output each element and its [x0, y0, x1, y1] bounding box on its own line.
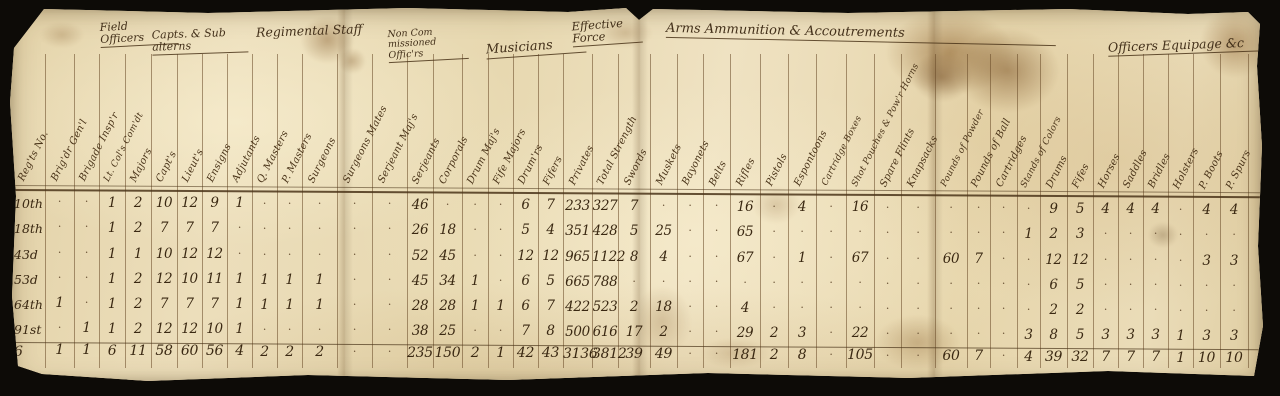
table-cell: · — [703, 325, 730, 339]
table-cell: · — [1118, 253, 1143, 267]
table-cell: 9 — [202, 196, 227, 210]
table-cell: 17 — [618, 325, 650, 339]
table-cell: 5 — [1067, 328, 1093, 342]
table-cell: · — [302, 248, 337, 262]
table-cell: · — [990, 327, 1017, 341]
totals-cell: 10 — [1220, 351, 1248, 365]
table-cell: · — [45, 321, 74, 335]
table-cell: 65 — [730, 225, 760, 239]
table-cell: 60 — [935, 252, 967, 266]
table-cell: 2 — [125, 196, 151, 210]
table-cell: · — [337, 197, 372, 211]
group-header: Capts. & Sub alterns — [152, 26, 249, 55]
table-cell: · — [703, 275, 730, 289]
totals-cell: 7 — [1093, 350, 1118, 364]
table-cell: · — [967, 201, 990, 215]
table-cell: 3 — [1220, 254, 1248, 268]
table-cell: · — [1093, 227, 1118, 241]
column-line — [302, 54, 303, 368]
table-cell: · — [337, 248, 372, 262]
totals-cell: 3812 — [592, 347, 618, 361]
table-cell: · — [337, 222, 372, 236]
table-cell: · — [874, 277, 901, 291]
table-cell: 7 — [513, 324, 538, 338]
totals-cell: 2 — [252, 345, 277, 359]
totals-cell: 43 — [538, 346, 563, 360]
table-cell: 45 — [433, 249, 462, 263]
table-cell: · — [252, 222, 277, 236]
table-cell: · — [935, 201, 967, 215]
table-cell: 3 — [1118, 328, 1143, 342]
table-cell: 1 — [1017, 227, 1040, 241]
table-cell: · — [935, 277, 967, 291]
totals-cell: 105 — [846, 348, 874, 362]
table-cell: 7 — [151, 221, 177, 235]
table-cell: · — [677, 275, 703, 289]
table-cell: 12 — [513, 249, 538, 263]
totals-cell: 49 — [650, 347, 677, 361]
table-cell: · — [1017, 202, 1040, 216]
table-cell: 5 — [1067, 278, 1093, 292]
table-cell: · — [1193, 279, 1220, 293]
table-cell: · — [488, 274, 513, 288]
table-cell: · — [816, 225, 846, 239]
totals-cell: · — [703, 347, 730, 361]
table-cell: · — [337, 298, 372, 312]
table-cell: · — [1118, 227, 1143, 241]
table-cell: 3 — [788, 326, 816, 340]
table-cell: · — [488, 249, 513, 263]
table-cell: 2 — [1067, 303, 1093, 317]
table-cell: 1 — [277, 298, 302, 312]
table-cell: 2 — [125, 272, 151, 286]
table-cell: 29 — [730, 326, 760, 340]
table-cell: · — [990, 201, 1017, 215]
table-cell: · — [677, 325, 703, 339]
table-cell: 10 — [202, 322, 227, 336]
table-cell: 5 — [513, 223, 538, 237]
table-cell: · — [874, 226, 901, 240]
table-cell: · — [990, 252, 1017, 266]
table-cell: 52 — [407, 249, 433, 263]
table-cell: · — [302, 222, 337, 236]
table-cell: 3 — [1193, 329, 1220, 343]
table-cell: · — [1118, 303, 1143, 317]
table-cell: · — [901, 302, 935, 316]
table-cell: 8 — [618, 250, 650, 264]
table-cell: 6 — [513, 299, 538, 313]
totals-cell: · — [816, 348, 846, 362]
totals-cell: 8 — [788, 348, 816, 362]
totals-cell: 1 — [488, 346, 513, 360]
table-cell: · — [1220, 228, 1248, 242]
table-cell: · — [816, 276, 846, 290]
table-cell: 2 — [125, 221, 151, 235]
row-label: 91st — [14, 322, 47, 337]
table-cell: 45 — [407, 274, 433, 288]
table-cell: 616 — [592, 325, 618, 339]
column-line — [177, 54, 178, 368]
table-cell: · — [788, 225, 816, 239]
table-cell: · — [650, 199, 677, 213]
table-cell: 4 — [1093, 202, 1118, 216]
table-cell: 1122 — [592, 250, 618, 264]
table-cell: · — [1017, 303, 1040, 317]
column-header: Ensigns — [205, 142, 234, 184]
table-cell: 8 — [1040, 328, 1067, 342]
table-cell: 1 — [488, 299, 513, 313]
table-cell: 788 — [592, 275, 618, 289]
table-cell: · — [677, 300, 703, 314]
table-cell: 1 — [99, 196, 125, 210]
table-cell: · — [488, 223, 513, 237]
totals-cell: 1 — [1168, 351, 1193, 365]
row-label: 43d — [14, 247, 47, 262]
table-cell: 500 — [563, 325, 592, 339]
column-header: Holsters — [1171, 146, 1201, 191]
table-cell: 6 — [1040, 278, 1067, 292]
table-cell: · — [967, 302, 990, 316]
table-cell: · — [990, 302, 1017, 316]
table-cell: 25 — [650, 224, 677, 238]
table-cell: 6 — [513, 274, 538, 288]
table-cell: · — [935, 226, 967, 240]
table-cell: 7 — [177, 221, 202, 235]
table-cell: 7 — [151, 297, 177, 311]
table-cell: · — [372, 248, 407, 262]
table-cell: 1 — [302, 298, 337, 312]
table-cell: 5 — [1067, 202, 1093, 216]
column-header: Muskets — [654, 143, 684, 188]
table-cell: 1 — [227, 297, 252, 311]
table-cell: 1 — [99, 322, 125, 336]
table-cell: 12 — [538, 249, 563, 263]
column-header: Pistols — [764, 152, 790, 188]
table-cell: · — [1193, 228, 1220, 242]
table-cell: · — [816, 251, 846, 265]
totals-cell: 56 — [202, 344, 227, 358]
table-cell: 12 — [177, 247, 202, 261]
table-cell: 2 — [760, 326, 788, 340]
table-cell: · — [901, 277, 935, 291]
table-cell: 4 — [788, 200, 816, 214]
table-cell: 12 — [1040, 253, 1067, 267]
table-cell: 3 — [1093, 328, 1118, 342]
table-cell: · — [967, 226, 990, 240]
table-cell: · — [433, 198, 462, 212]
table-cell: · — [935, 327, 967, 341]
table-cell: · — [488, 324, 513, 338]
table-cell: 38 — [407, 324, 433, 338]
table-cell: · — [45, 246, 74, 260]
table-cell: · — [372, 222, 407, 236]
table-cell: 665 — [563, 275, 592, 289]
group-header: Effective Force — [571, 16, 643, 48]
table-cell: · — [677, 224, 703, 238]
totals-cell: 7 — [1143, 350, 1168, 364]
table-cell: 5 — [618, 224, 650, 238]
totals-cell: 7 — [1118, 350, 1143, 364]
column-header: Fifes — [1070, 162, 1092, 190]
row-label: 18th — [14, 221, 47, 236]
group-header: Musicians — [486, 37, 587, 60]
table-cell: · — [1193, 304, 1220, 318]
totals-cell: 181 — [730, 348, 760, 362]
table-cell: · — [1143, 227, 1168, 241]
table-cell: 4 — [1118, 202, 1143, 216]
table-cell: · — [967, 277, 990, 291]
table-cell: 428 — [592, 224, 618, 238]
row-label: 64th — [14, 297, 47, 312]
table-cell: 12 — [177, 322, 202, 336]
table-cell: 18 — [433, 223, 462, 237]
totals-cell: · — [874, 349, 901, 363]
table-cell: 965 — [563, 250, 592, 264]
table-cell: 7 — [538, 299, 563, 313]
table-cell: 11 — [202, 272, 227, 286]
table-cell: · — [874, 327, 901, 341]
table-cell: · — [1017, 278, 1040, 292]
table-cell: · — [1118, 278, 1143, 292]
table-cell: · — [74, 195, 99, 209]
table-cell: 4 — [650, 250, 677, 264]
table-cell: 12 — [177, 196, 202, 210]
table-cell: 67 — [730, 251, 760, 265]
totals-cell: 3136 — [563, 347, 592, 361]
table-cell: 1 — [99, 272, 125, 286]
totals-cell: · — [901, 349, 935, 363]
table-cell: 16 — [730, 200, 760, 214]
table-cell: 67 — [846, 251, 874, 265]
totals-cell: 58 — [151, 344, 177, 358]
table-cell: 3 — [1220, 329, 1248, 343]
table-cell: · — [703, 199, 730, 213]
table-cell: · — [252, 323, 277, 337]
table-cell: · — [677, 250, 703, 264]
screenshot-stage: Field OfficersCapts. & Sub alternsRegime… — [0, 0, 1280, 396]
table-cell: 422 — [563, 300, 592, 314]
table-cell: · — [337, 273, 372, 287]
row-label: 10th — [14, 196, 47, 211]
table-cell: 1 — [99, 221, 125, 235]
table-cell: 1 — [252, 273, 277, 287]
table-cell: 22 — [846, 326, 874, 340]
totals-cell: 4 — [227, 344, 252, 358]
table-cell: · — [990, 226, 1017, 240]
table-cell: · — [372, 298, 407, 312]
column-line — [1248, 54, 1249, 368]
table-cell: 1 — [252, 298, 277, 312]
table-cell: 7 — [618, 199, 650, 213]
totals-cell: 39 — [1040, 350, 1067, 364]
table-cell: · — [277, 323, 302, 337]
table-cell: 3 — [1143, 328, 1168, 342]
table-cell: · — [74, 296, 99, 310]
totals-cell: 60 — [177, 344, 202, 358]
table-cell: · — [618, 275, 650, 289]
table-cell: 2 — [650, 325, 677, 339]
table-cell: · — [1093, 303, 1118, 317]
table-cell: · — [1168, 279, 1193, 293]
totals-cell: 7 — [967, 349, 990, 363]
totals-cell: 11 — [125, 344, 151, 358]
table-cell: 12 — [202, 247, 227, 261]
table-cell: 2 — [125, 322, 151, 336]
totals-cell: 2 — [760, 348, 788, 362]
table-cell: · — [677, 199, 703, 213]
table-cell: 1 — [227, 196, 252, 210]
table-cell: · — [816, 326, 846, 340]
table-cell: · — [1093, 278, 1118, 292]
table-cell: 10 — [151, 247, 177, 261]
table-cell: 1 — [45, 296, 74, 310]
table-cell: 7 — [202, 297, 227, 311]
table-cell: 233 — [563, 199, 592, 213]
table-cell: 1 — [302, 273, 337, 287]
table-cell: 4 — [1143, 202, 1168, 216]
table-cell: · — [901, 226, 935, 240]
totals-cell: 2 — [302, 345, 337, 359]
row-label: 53d — [14, 272, 47, 287]
table-cell: · — [227, 221, 252, 235]
table-cell: · — [74, 220, 99, 234]
table-cell: 10 — [151, 196, 177, 210]
totals-cell: 10 — [1193, 351, 1220, 365]
table-cell: · — [1168, 228, 1193, 242]
table-cell: · — [277, 197, 302, 211]
table-cell: · — [462, 198, 488, 212]
table-cell: 25 — [433, 324, 462, 338]
table-cell: · — [372, 273, 407, 287]
table-cell: · — [45, 271, 74, 285]
table-cell: 10 — [177, 272, 202, 286]
table-cell: 2 — [125, 297, 151, 311]
table-cell: · — [730, 276, 760, 290]
totals-cell: · — [677, 347, 703, 361]
totals-cell: 42 — [513, 346, 538, 360]
table-cell: · — [846, 276, 874, 290]
table-cell: 1 — [1168, 329, 1193, 343]
totals-cell: 39 — [618, 347, 650, 361]
table-cell: 2 — [618, 300, 650, 314]
totals-cell: · — [372, 345, 407, 359]
table-cell: 4 — [730, 301, 760, 315]
table-cell: · — [816, 301, 846, 315]
table-cell: 8 — [538, 324, 563, 338]
group-header: Non Com missioned Offic'rs — [387, 26, 469, 63]
table-cell: 7 — [538, 198, 563, 212]
totals-cell: · — [337, 345, 372, 359]
table-cell: 3 — [1017, 328, 1040, 342]
paper-stain — [40, 22, 84, 48]
table-cell: · — [372, 197, 407, 211]
totals-cell: 1 — [74, 343, 99, 357]
column-header: Fifers — [541, 154, 565, 187]
totals-cell: 32 — [1067, 350, 1093, 364]
table-cell: · — [901, 201, 935, 215]
totals-row-label: 6 — [14, 344, 47, 360]
table-cell: 28 — [433, 299, 462, 313]
table-cell: · — [302, 197, 337, 211]
table-cell: · — [816, 200, 846, 214]
column-line — [151, 54, 152, 368]
table-cell: 34 — [433, 274, 462, 288]
column-header: Drum'rs — [516, 143, 545, 186]
table-cell: 4 — [1220, 203, 1248, 217]
table-cell: 46 — [407, 198, 433, 212]
table-cell: 7 — [202, 221, 227, 235]
table-cell: 3 — [1193, 254, 1220, 268]
table-cell: · — [703, 224, 730, 238]
table-cell: 28 — [407, 299, 433, 313]
table-cell: 1 — [227, 272, 252, 286]
table-cell: 1 — [99, 247, 125, 261]
table-cell: · — [1143, 303, 1168, 317]
table-cell: 327 — [592, 199, 618, 213]
table-cell: 18 — [650, 300, 677, 314]
table-cell: 1 — [462, 274, 488, 288]
table-cell: 3 — [1067, 227, 1093, 241]
table-cell: · — [1168, 203, 1193, 217]
table-cell: · — [703, 250, 730, 264]
table-cell: · — [703, 300, 730, 314]
column-line — [227, 54, 228, 368]
table-cell: 1 — [462, 299, 488, 313]
table-cell: 26 — [407, 223, 433, 237]
table-cell: · — [846, 301, 874, 315]
totals-cell: 2 — [462, 346, 488, 360]
table-cell: · — [874, 302, 901, 316]
table-cell: · — [1093, 253, 1118, 267]
table-cell: 2 — [1040, 227, 1067, 241]
table-cell: · — [760, 200, 788, 214]
table-cell: 351 — [563, 224, 592, 238]
column-header: Rifles — [734, 156, 757, 188]
totals-cell: 6 — [99, 344, 125, 358]
table-cell: · — [1220, 279, 1248, 293]
table-cell: · — [935, 302, 967, 316]
totals-cell: 1 — [45, 343, 74, 357]
table-cell: · — [277, 248, 302, 262]
table-cell: 12 — [151, 322, 177, 336]
table-cell: · — [788, 276, 816, 290]
table-cell: 9 — [1040, 202, 1067, 216]
totals-cell: 4 — [1017, 350, 1040, 364]
table-cell: 1 — [125, 247, 151, 261]
table-cell: · — [1143, 253, 1168, 267]
totals-cell: 235 — [407, 346, 433, 360]
table-cell: 7 — [177, 297, 202, 311]
table-cell: · — [462, 324, 488, 338]
column-header: Bayonets — [680, 140, 712, 188]
table-cell: 1 — [227, 322, 252, 336]
table-cell: · — [277, 222, 302, 236]
table-cell: · — [760, 301, 788, 315]
table-cell: · — [45, 220, 74, 234]
table-cell: · — [74, 246, 99, 260]
table-cell: 1 — [277, 273, 302, 287]
table-cell: 6 — [513, 198, 538, 212]
totals-cell: 60 — [935, 349, 967, 363]
table-cell: · — [462, 249, 488, 263]
table-cell: · — [874, 201, 901, 215]
table-cell: · — [650, 275, 677, 289]
table-cell: · — [45, 195, 74, 209]
table-cell: · — [337, 323, 372, 337]
table-cell: · — [1220, 304, 1248, 318]
table-cell: · — [488, 198, 513, 212]
table-cell: 16 — [846, 200, 874, 214]
